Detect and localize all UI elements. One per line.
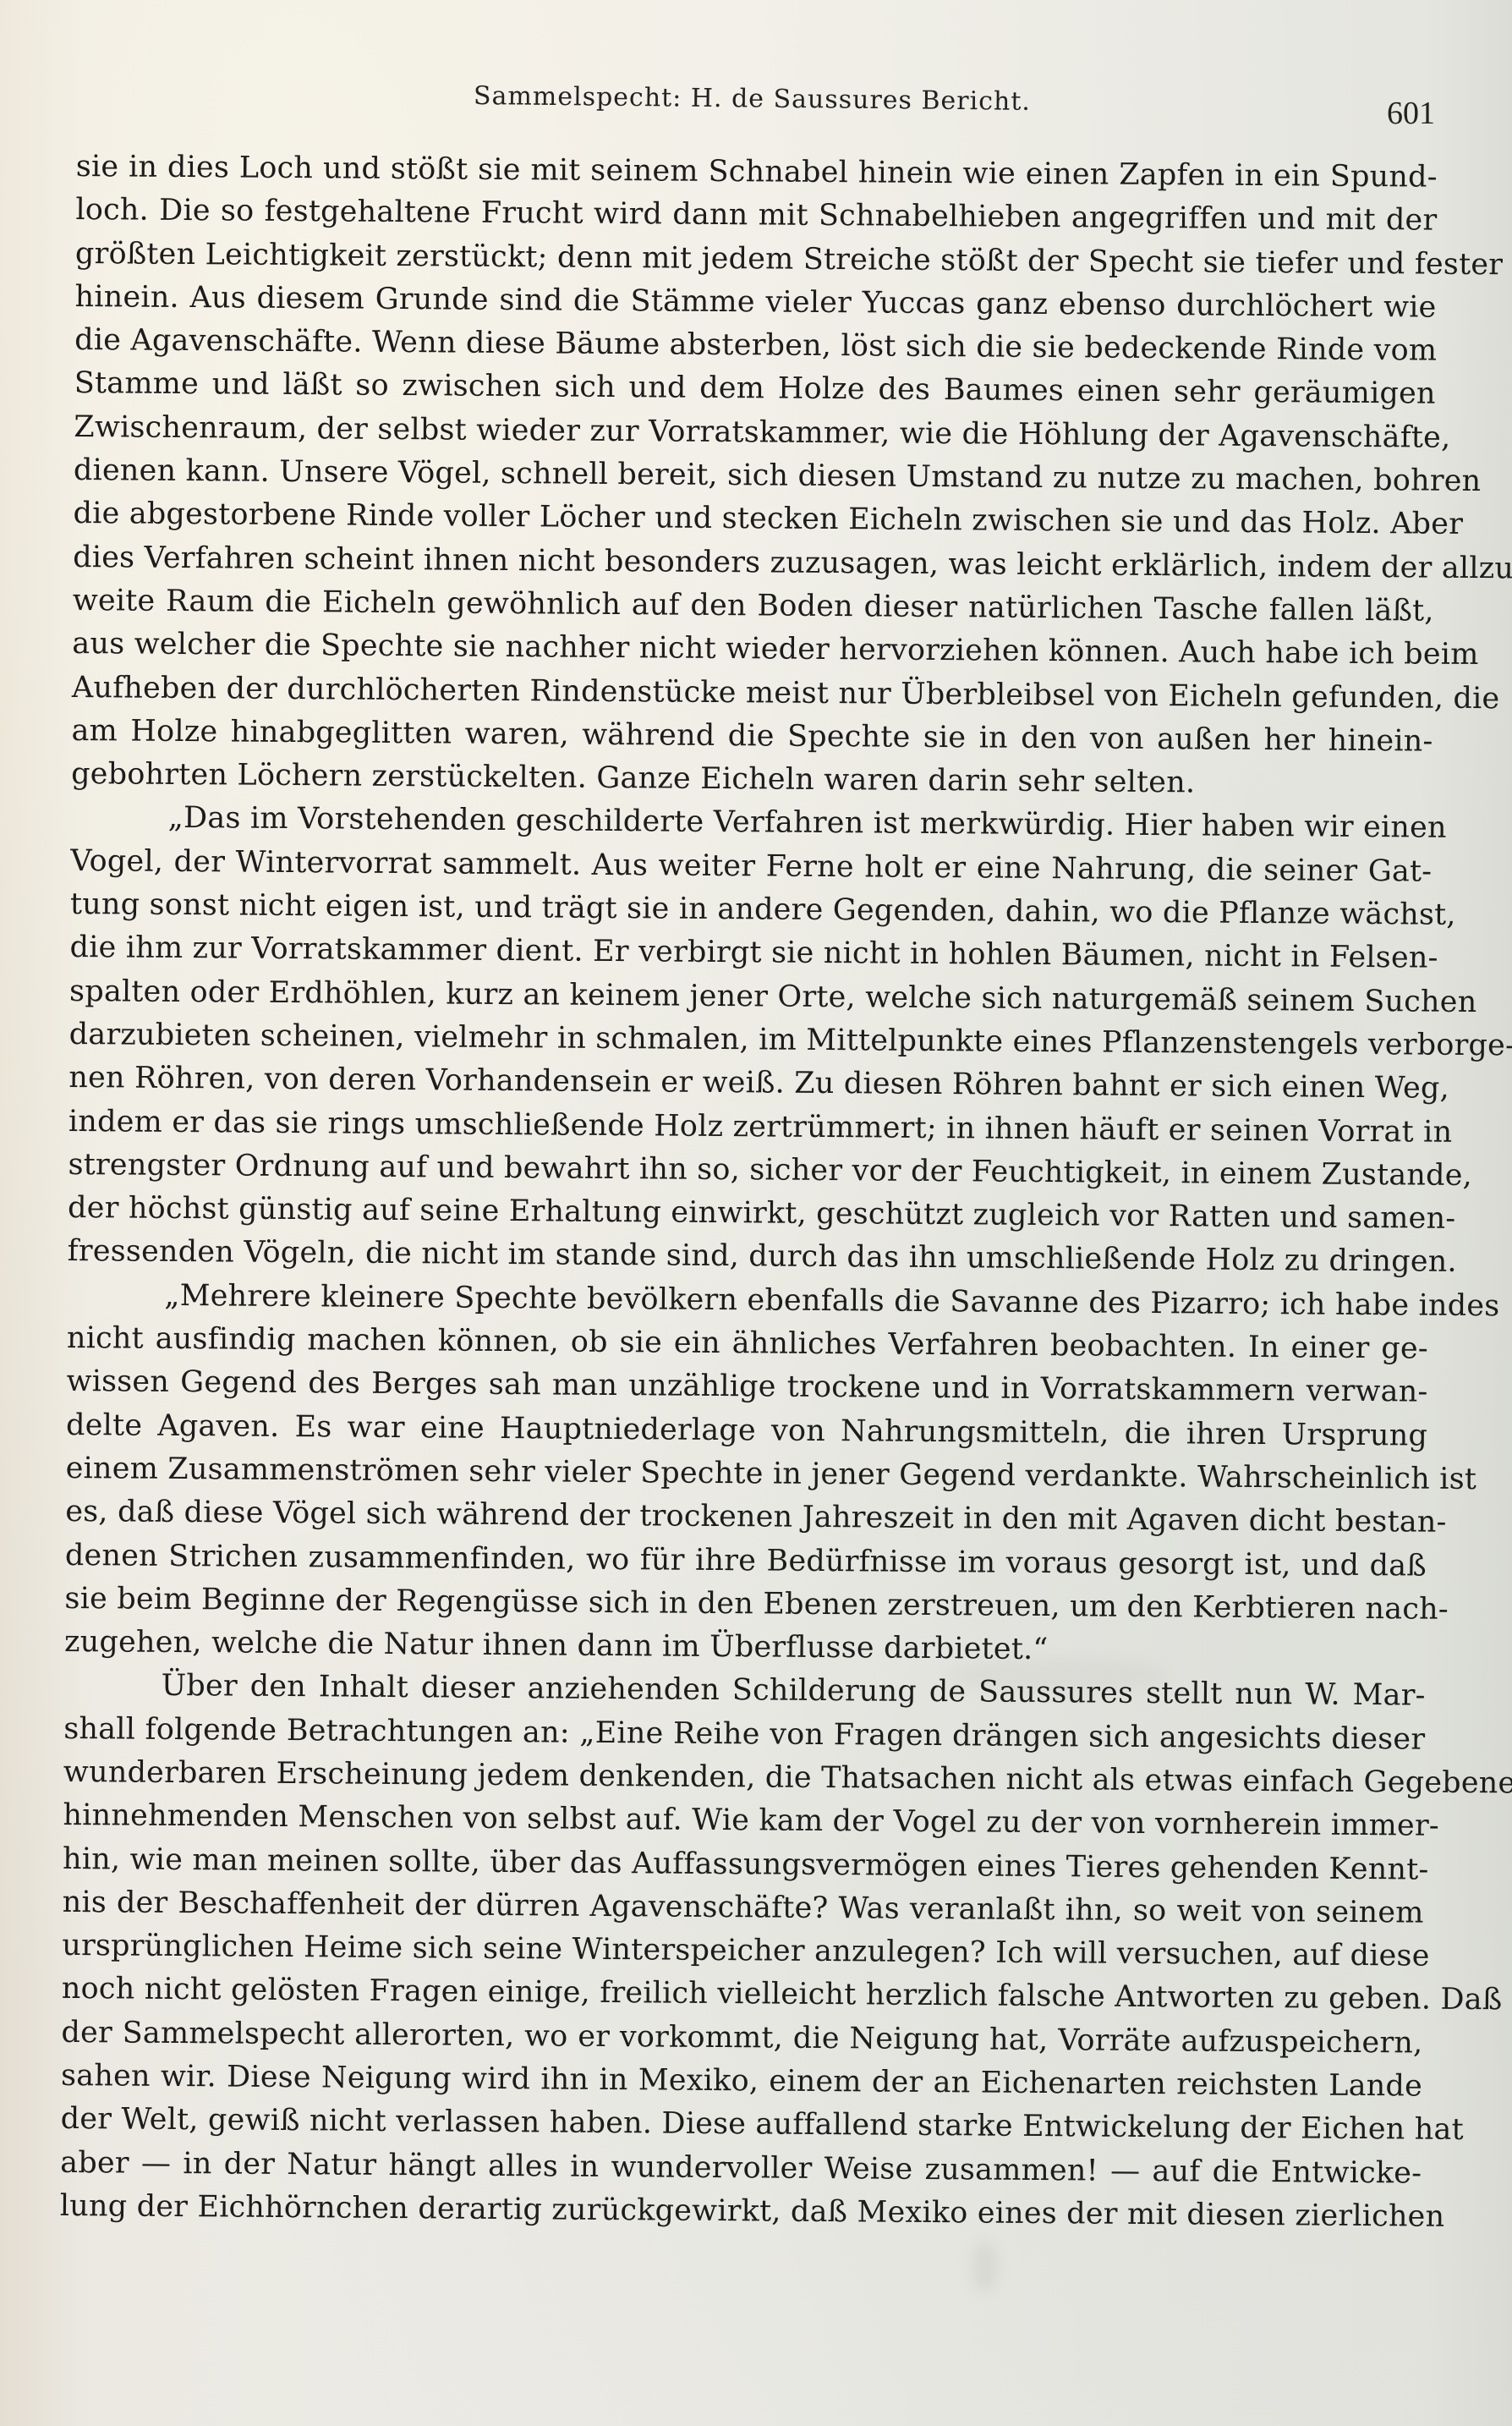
paragraph-4: Über den Inhalt dieser anziehenden Schil… [60, 1664, 1426, 2238]
paragraph-3: „Mehrere kleinere Spechte bevölkern eben… [64, 1274, 1429, 1675]
paragraph-1: sie in dies Loch und stößt sie mit seine… [71, 145, 1438, 807]
book-page: Sammelspecht: H. de Saussures Bericht. 6… [0, 0, 1512, 2426]
paper-stain [972, 2242, 998, 2292]
paragraph-2: „Das im Vorstehenden geschilderte Verfah… [68, 796, 1433, 1284]
page-number: 601 [1387, 95, 1435, 132]
body-text: sie in dies Loch und stößt sie mit seine… [60, 145, 1438, 2239]
running-head: Sammelspecht: H. de Saussures Bericht. [474, 81, 1031, 117]
